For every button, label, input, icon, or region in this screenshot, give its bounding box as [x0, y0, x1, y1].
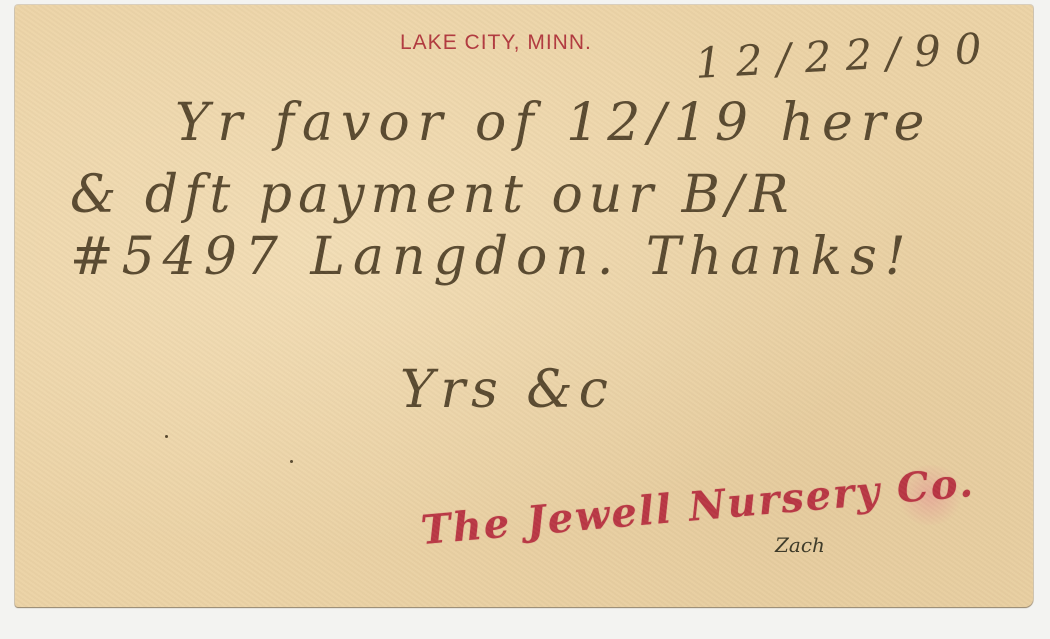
handwritten-initials: Zach — [775, 533, 825, 557]
postcard: LAKE CITY, MINN. 12/22/90 Yr favor of 12… — [15, 5, 1033, 607]
ink-speck — [290, 460, 293, 463]
closing: Yrs &c — [400, 360, 614, 420]
company-stamp: The Jewell Nursery Co. — [419, 459, 976, 554]
printed-location: LAKE CITY, MINN. — [400, 31, 592, 55]
handwritten-date: 12/22/90 — [694, 23, 997, 88]
message-line-1: Yr favor of 12/19 here — [175, 93, 932, 153]
scanned-postcard: LAKE CITY, MINN. 12/22/90 Yr favor of 12… — [0, 0, 1050, 639]
message-line-3: #5497 Langdon. Thanks! — [70, 227, 914, 287]
ink-speck — [165, 435, 168, 438]
message-line-2: & dft payment our B/R — [70, 165, 795, 225]
